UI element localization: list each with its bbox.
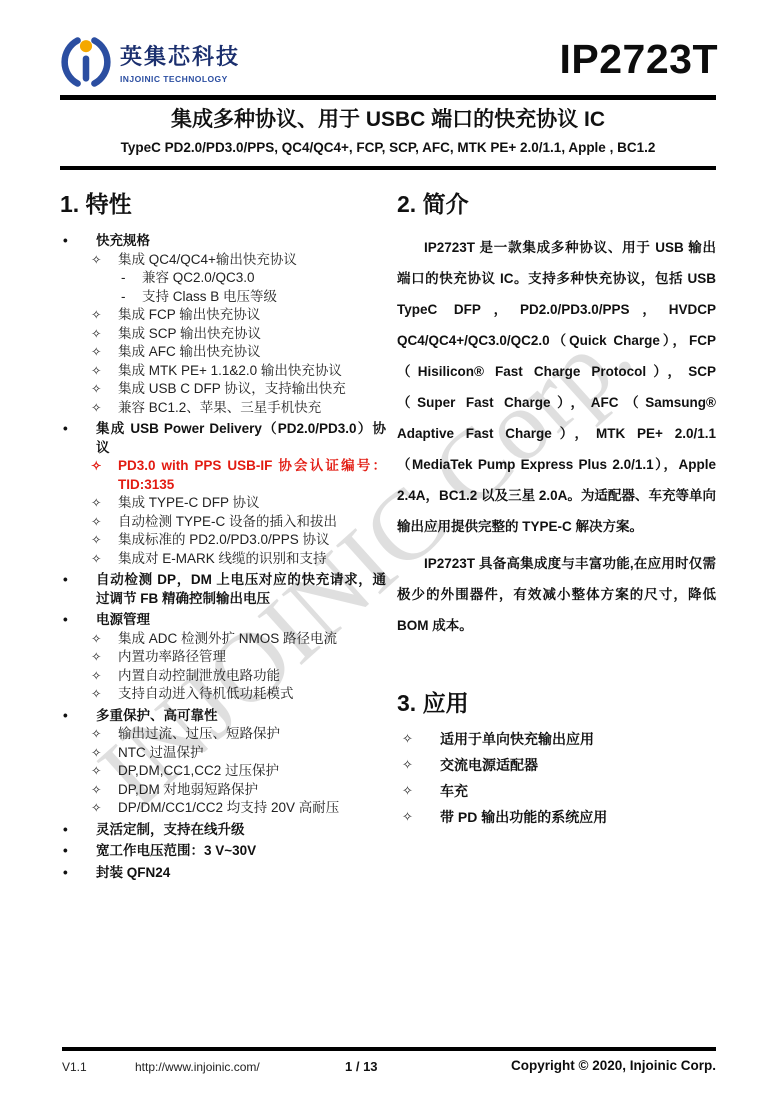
feature-text: 内置自动控制泄放电路功能 xyxy=(118,667,386,686)
datasheet-page: INJOINIC Corp. 英集芯科技 INJOINIC TECHNOLOGY… xyxy=(0,0,778,1110)
feature-item: •自动检测 DP，DM 上电压对应的快充请求，通过调节 FB 精确控制输出电压 xyxy=(60,571,386,608)
header-rule xyxy=(60,95,716,100)
bullet-icon: ✧ xyxy=(91,325,118,344)
feature-text: 自动检测 DP，DM 上电压对应的快充请求，通过调节 FB 精确控制输出电压 xyxy=(96,571,386,608)
features-list: •快充规格✧集成 QC4/QC4+输出快充协议-兼容 QC2.0/QC3.0-支… xyxy=(60,232,386,882)
feature-item: ✧集成 USB C DFP 协议，支持输出快充 xyxy=(91,380,386,399)
bullet-icon: ✧ xyxy=(91,685,118,704)
feature-text: 电源管理 xyxy=(96,611,386,630)
feature-text: 集成 SCP 输出快充协议 xyxy=(118,325,386,344)
feature-item: ✧集成 AFC 输出快充协议 xyxy=(91,343,386,362)
footer-url: http://www.injoinic.com/ xyxy=(135,1060,260,1074)
feature-item: ✧集成 SCP 输出快充协议 xyxy=(91,325,386,344)
feature-item: ✧NTC 过温保护 xyxy=(91,744,386,763)
feature-text: PD3.0 with PPS USB-IF 协会认证编号：TID:3135 xyxy=(118,457,386,494)
feature-item: ✧集成 ADC 检测外扩 NMOS 路径电流 xyxy=(91,630,386,649)
application-item: ✧适用于单向快充输出应用 xyxy=(397,731,716,747)
bullet-icon: ✧ xyxy=(91,744,118,763)
bullet-icon: ✧ xyxy=(91,513,118,532)
bullet-icon: ✧ xyxy=(91,630,118,649)
bullet-icon: ✧ xyxy=(91,306,118,325)
feature-text: 集成 QC4/QC4+输出快充协议 xyxy=(118,251,386,270)
feature-text: 集成 TYPE-C DFP 协议 xyxy=(118,494,386,513)
feature-item: ✧自动检测 TYPE-C 设备的插入和拔出 xyxy=(91,513,386,532)
bullet-icon: ✧ xyxy=(91,457,118,494)
feature-text: 输出过流、过压、短路保护 xyxy=(118,725,386,744)
feature-item: ✧内置功率路径管理 xyxy=(91,648,386,667)
feature-text: 自动检测 TYPE-C 设备的插入和拔出 xyxy=(118,513,386,532)
feature-text: DP,DM 对地弱短路保护 xyxy=(118,781,386,800)
part-number: IP2723T xyxy=(560,36,719,83)
company-logo: 英集芯科技 INJOINIC TECHNOLOGY xyxy=(58,34,240,90)
feature-text: DP/DM/CC1/CC2 均支持 20V 高耐压 xyxy=(118,799,386,818)
bullet-icon: • xyxy=(60,232,96,251)
feature-text: 灵活定制，支持在线升级 xyxy=(96,821,386,840)
intro-heading: 2. 简介 xyxy=(397,186,716,219)
feature-item: ✧集成标准的 PD2.0/PD3.0/PPS 协议 xyxy=(91,531,386,550)
bullet-icon: ✧ xyxy=(91,799,118,818)
feature-text: 宽工作电压范围：3 V~30V xyxy=(96,842,386,861)
feature-item: •集成 USB Power Delivery（PD2.0/PD3.0）协议 xyxy=(60,420,386,457)
feature-item: ✧支持自动进入待机低功耗模式 xyxy=(91,685,386,704)
feature-item: ✧集成 FCP 输出快充协议 xyxy=(91,306,386,325)
feature-item: ✧DP,DM 对地弱短路保护 xyxy=(91,781,386,800)
feature-text: 兼容 BC1.2、苹果、三星手机快充 xyxy=(118,399,386,418)
footer-copyright: Copyright © 2020, Injoinic Corp. xyxy=(511,1058,716,1073)
application-text: 带 PD 输出功能的系统应用 xyxy=(440,809,607,825)
features-section: 1. 特性 •快充规格✧集成 QC4/QC4+输出快充协议-兼容 QC2.0/Q… xyxy=(60,186,386,882)
footer: V1.1 http://www.injoinic.com/ 1 / 13 Cop… xyxy=(62,1058,716,1080)
feature-item: •宽工作电压范围：3 V~30V xyxy=(60,842,386,861)
application-text: 交流电源适配器 xyxy=(440,757,538,773)
feature-text: 支持 Class B 电压等级 xyxy=(142,288,386,307)
bullet-icon: ✧ xyxy=(397,757,440,773)
bullet-icon: • xyxy=(60,571,96,608)
feature-text: 多重保护、高可靠性 xyxy=(96,707,386,726)
feature-text: NTC 过温保护 xyxy=(118,744,386,763)
feature-text: DP,DM,CC1,CC2 过压保护 xyxy=(118,762,386,781)
application-text: 适用于单向快充输出应用 xyxy=(440,731,594,747)
bullet-icon: ✧ xyxy=(397,783,440,799)
feature-item: ✧集成 MTK PE+ 1.1&2.0 输出快充协议 xyxy=(91,362,386,381)
bullet-icon: • xyxy=(60,707,96,726)
feature-text: 兼容 QC2.0/QC3.0 xyxy=(142,269,386,288)
footer-rule xyxy=(62,1047,716,1051)
feature-item: ✧DP,DM,CC1,CC2 过压保护 xyxy=(91,762,386,781)
bullet-icon: ✧ xyxy=(91,550,118,569)
feature-text: 支持自动进入待机低功耗模式 xyxy=(118,685,386,704)
feature-item: ✧集成 TYPE-C DFP 协议 xyxy=(91,494,386,513)
bullet-icon: ✧ xyxy=(91,648,118,667)
intro-paragraph-1: IP2723T 是一款集成多种协议、用于 USB 输出端口的快充协议 IC。支持… xyxy=(397,232,716,542)
feature-item: -兼容 QC2.0/QC3.0 xyxy=(121,269,386,288)
bullet-icon: - xyxy=(121,288,142,307)
document-subtitle: TypeC PD2.0/PD3.0/PPS, QC4/QC4+, FCP, SC… xyxy=(60,140,716,155)
feature-item: ✧集成 QC4/QC4+输出快充协议 xyxy=(91,251,386,270)
feature-text: 集成 USB Power Delivery（PD2.0/PD3.0）协议 xyxy=(96,420,386,457)
bullet-icon: • xyxy=(60,821,96,840)
injoinic-logo-icon xyxy=(58,34,114,90)
bullet-icon: ✧ xyxy=(91,725,118,744)
application-text: 车充 xyxy=(440,783,468,799)
feature-text: 集成 MTK PE+ 1.1&2.0 输出快充协议 xyxy=(118,362,386,381)
document-title: 集成多种协议、用于 USBC 端口的快充协议 IC xyxy=(60,103,716,133)
feature-item: •灵活定制，支持在线升级 xyxy=(60,821,386,840)
feature-text: 封装 QFN24 xyxy=(96,864,386,883)
logo-text: 英集芯科技 INJOINIC TECHNOLOGY xyxy=(120,40,240,84)
feature-text: 集成 FCP 输出快充协议 xyxy=(118,306,386,325)
footer-version: V1.1 xyxy=(62,1060,87,1074)
feature-item: ✧兼容 BC1.2、苹果、三星手机快充 xyxy=(91,399,386,418)
feature-item: •多重保护、高可靠性 xyxy=(60,707,386,726)
application-item: ✧车充 xyxy=(397,783,716,799)
feature-item: ✧PD3.0 with PPS USB-IF 协会认证编号：TID:3135 xyxy=(91,457,386,494)
application-item: ✧交流电源适配器 xyxy=(397,757,716,773)
feature-text: 集成 USB C DFP 协议，支持输出快充 xyxy=(118,380,386,399)
feature-text: 快充规格 xyxy=(96,232,386,251)
bullet-icon: ✧ xyxy=(91,762,118,781)
feature-item: ✧内置自动控制泄放电路功能 xyxy=(91,667,386,686)
feature-item: -支持 Class B 电压等级 xyxy=(121,288,386,307)
feature-item: ✧DP/DM/CC1/CC2 均支持 20V 高耐压 xyxy=(91,799,386,818)
feature-text: 集成对 E-MARK 线缆的识别和支持 xyxy=(118,550,386,569)
feature-item: ✧输出过流、过压、短路保护 xyxy=(91,725,386,744)
feature-item: •电源管理 xyxy=(60,611,386,630)
bullet-icon: • xyxy=(60,842,96,861)
bullet-icon: ✧ xyxy=(91,781,118,800)
bullet-icon: • xyxy=(60,864,96,883)
intro-section: 2. 简介 IP2723T 是一款集成多种协议、用于 USB 输出端口的快充协议… xyxy=(397,186,716,835)
bullet-icon: • xyxy=(60,611,96,630)
bullet-icon: ✧ xyxy=(91,380,118,399)
intro-paragraph-2: IP2723T 具备高集成度与丰富功能,在应用时仅需极少的外围器件，有效减小整体… xyxy=(397,548,716,641)
bullet-icon: ✧ xyxy=(91,251,118,270)
applications-heading: 3. 应用 xyxy=(397,685,716,718)
bullet-icon: ✧ xyxy=(91,531,118,550)
bullet-icon: ✧ xyxy=(397,731,440,747)
bullet-icon: ✧ xyxy=(397,809,440,825)
feature-text: 集成 ADC 检测外扩 NMOS 路径电流 xyxy=(118,630,386,649)
bullet-icon: • xyxy=(60,420,96,457)
feature-text: 集成 AFC 输出快充协议 xyxy=(118,343,386,362)
application-item: ✧带 PD 输出功能的系统应用 xyxy=(397,809,716,825)
feature-text: 集成标准的 PD2.0/PD3.0/PPS 协议 xyxy=(118,531,386,550)
applications-list: ✧适用于单向快充输出应用✧交流电源适配器✧车充✧带 PD 输出功能的系统应用 xyxy=(397,731,716,825)
company-name-cn: 英集芯科技 xyxy=(120,40,240,71)
bullet-icon: ✧ xyxy=(91,343,118,362)
title-rule xyxy=(60,166,716,170)
bullet-icon: ✧ xyxy=(91,494,118,513)
bullet-icon: ✧ xyxy=(91,362,118,381)
bullet-icon: ✧ xyxy=(91,667,118,686)
bullet-icon: - xyxy=(121,269,142,288)
bullet-icon: ✧ xyxy=(91,399,118,418)
feature-item: •快充规格 xyxy=(60,232,386,251)
footer-page-number: 1 / 13 xyxy=(345,1059,378,1074)
feature-text: 内置功率路径管理 xyxy=(118,648,386,667)
features-heading: 1. 特性 xyxy=(60,186,386,219)
company-name-en: INJOINIC TECHNOLOGY xyxy=(120,74,240,84)
feature-item: ✧集成对 E-MARK 线缆的识别和支持 xyxy=(91,550,386,569)
feature-item: •封装 QFN24 xyxy=(60,864,386,883)
